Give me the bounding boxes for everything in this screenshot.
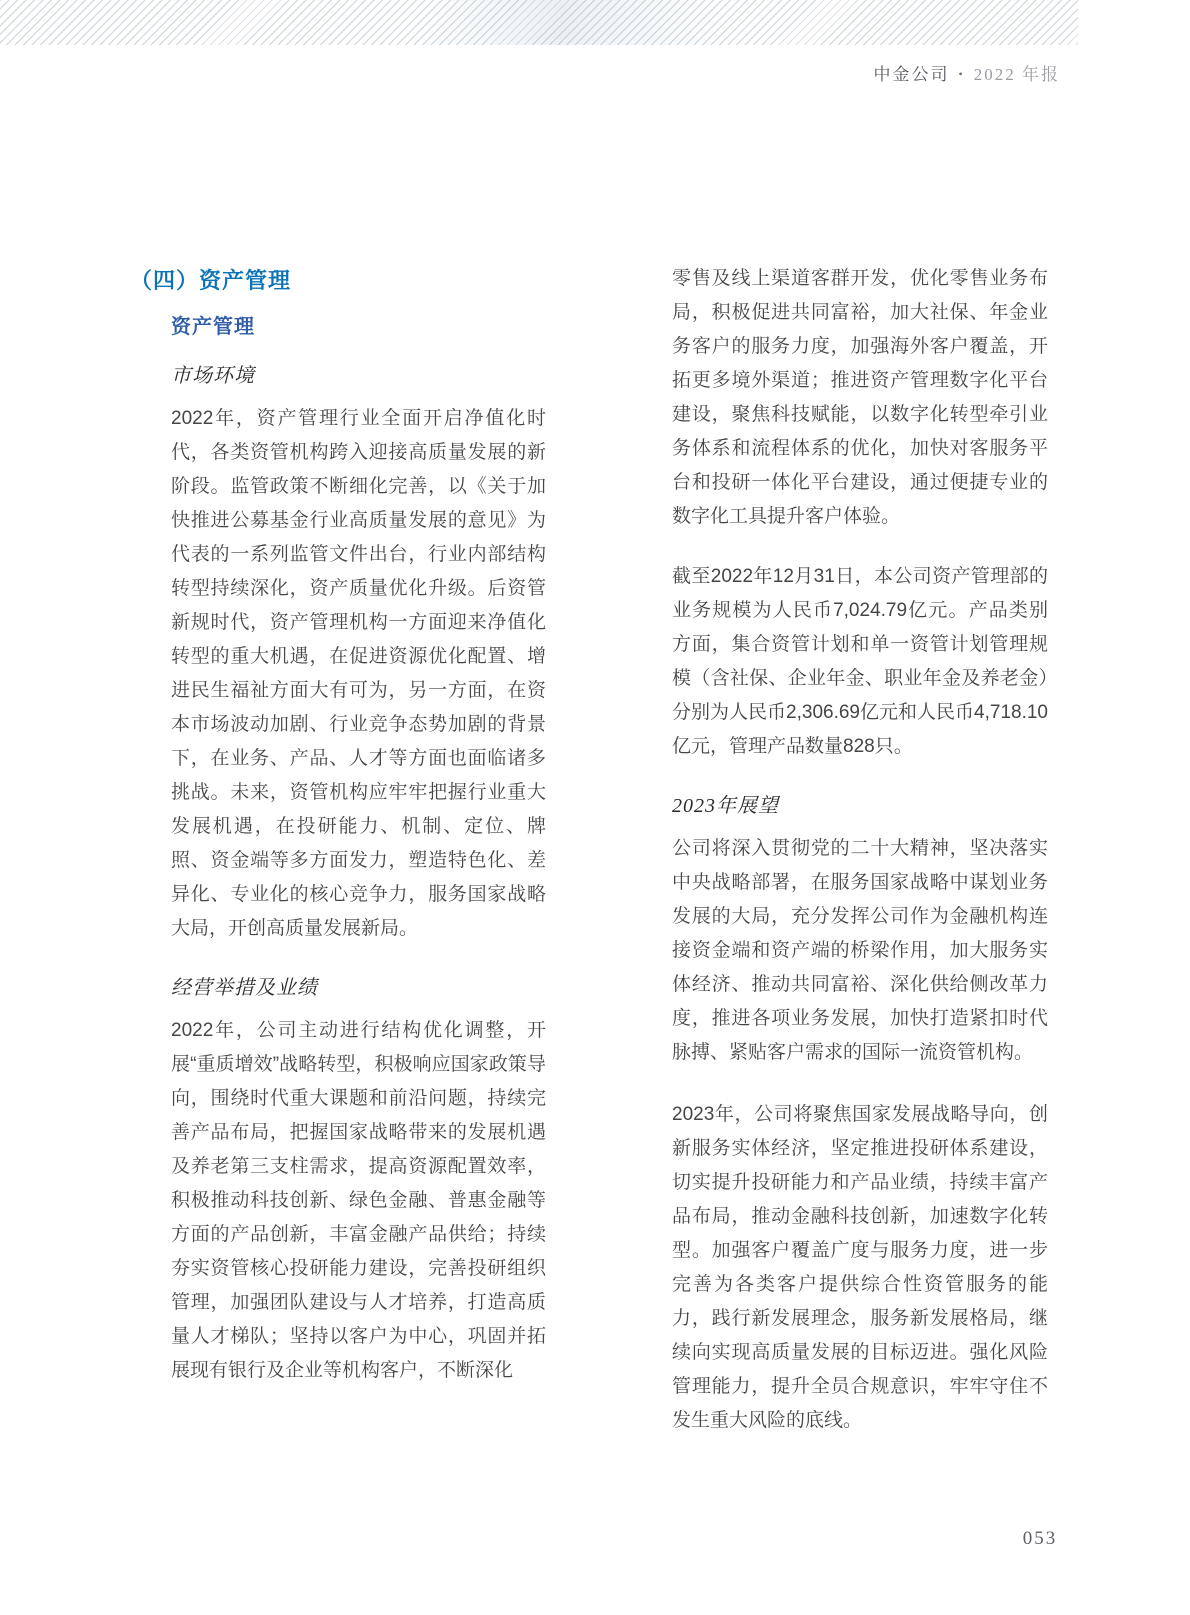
paragraph-aum-scale: 截至2022年12月31日，本公司资产管理部的业务规模为人民币7,024.79亿… [672, 560, 1048, 764]
topic-heading-operations-results: 经营举措及业绩 [171, 974, 546, 1002]
topic-heading-market-environment: 市场环境 [171, 362, 546, 390]
section-title: （四）资产管理 [130, 266, 546, 296]
paragraph-outlook-2: 2023年，公司将聚焦国家发展战略导向，创新服务实体经济，坚定推进投研体系建设，… [672, 1098, 1048, 1438]
paragraph-operations-results: 2022年，公司主动进行结构优化调整，开展“重质增效”战略转型，积极响应国家政策… [171, 1014, 546, 1388]
brand-name: 中金公司 [874, 65, 950, 84]
report-edition: 2022 年报 [974, 65, 1060, 84]
report-page: 中金公司•2022 年报 （四）资产管理 资产管理 市场环境 2022年，资产管… [0, 0, 1190, 1615]
right-column: 零售及线上渠道客群开发，优化零售业务布局，积极促进共同富裕，加大社保、年金业务客… [672, 262, 1048, 1438]
left-column: （四）资产管理 资产管理 市场环境 2022年，资产管理行业全面开启净值化时代，… [130, 266, 546, 1388]
left-column-body: 资产管理 市场环境 2022年，资产管理行业全面开启净值化时代，各类资管机构跨入… [171, 314, 546, 1388]
paragraph-retail-channels: 零售及线上渠道客群开发，优化零售业务布局，积极促进共同富裕，加大社保、年金业务客… [672, 262, 1048, 534]
topic-heading-2023-outlook: 2023年展望 [672, 792, 1048, 820]
header-separator-dot: • [959, 67, 965, 81]
paragraph-market-environment: 2022年，资产管理行业全面开启净值化时代，各类资管机构跨入迎接高质量发展的新阶… [171, 402, 546, 946]
page-number: 053 [990, 1528, 1090, 1550]
paragraph-outlook-1: 公司将深入贯彻党的二十大精神，坚决落实中央战略部署，在服务国家战略中谋划业务发展… [672, 832, 1048, 1070]
running-head: 中金公司•2022 年报 [874, 60, 1060, 85]
decorative-hatch-band [0, 0, 1078, 45]
subsection-title: 资产管理 [171, 314, 546, 340]
